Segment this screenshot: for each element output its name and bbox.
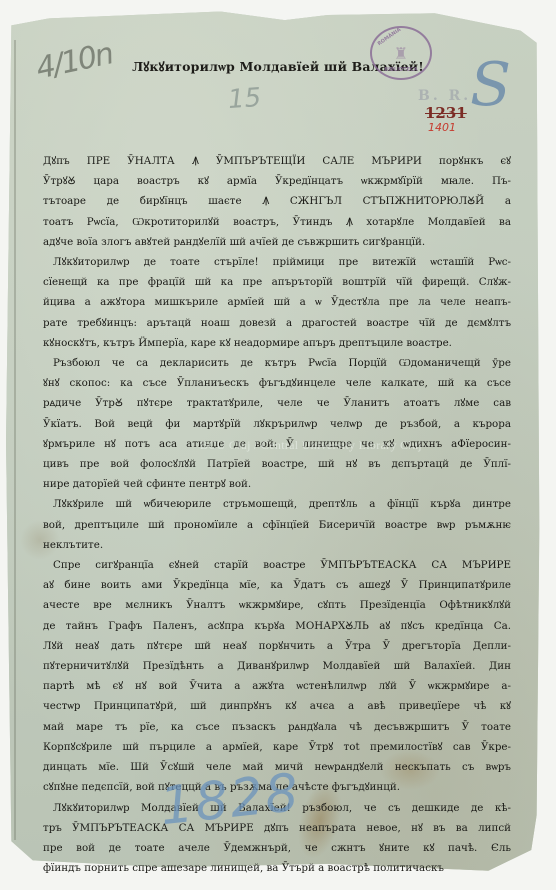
stamp-text-bottom: BIBLIOTECA xyxy=(372,67,430,73)
text-line: Корпꙋсꙋриле шй пърциле а армїей, каре Ӯт… xyxy=(43,737,511,757)
text-line: ачесте вре мєлникъ Ӯналтъ ѡкжрмꙋире, сꙋп… xyxy=(43,595,511,615)
text-line: де тайнъ Графъ Паленъ, асꙋпра кърꙋа МОНА… xyxy=(43,616,511,636)
fold-line xyxy=(14,40,16,840)
text-line: цивъ пре вой фолосꙋлꙋй Патрїей воастре, … xyxy=(43,454,511,474)
text-line: честѡр Принципатꙋрй, шй динпрꙋнъ кꙋ ачєа… xyxy=(43,696,511,716)
pencil-number: 15 xyxy=(227,83,262,115)
text-line: неклътите. xyxy=(43,535,511,555)
text-line: аꙋ бине воить ами Ӯкредїнца мїе, ка Ӯдат… xyxy=(43,575,511,595)
text-line: фїиндъ порнить спре ашезаре линищей, ва … xyxy=(43,858,511,878)
text-line: Лꙋкꙋиторилѡр де тоате стърїле! пріймици … xyxy=(43,252,511,272)
text-line: Ръзбоюл че са декларисить де кътръ Рѡсїа… xyxy=(43,353,511,373)
text-line: сїенещй ка пре фрацїй шй ка пре апърътор… xyxy=(43,272,511,292)
library-watermark: BCU Cluj / Central University Library Cl… xyxy=(200,438,422,453)
text-line: Спре сигꙋранцїа єꙋней старїй воастре ӮМП… xyxy=(43,555,511,575)
text-line: рꙙдиче ӮтрꙊ пꙋтєре трактатꙋриле, челе че… xyxy=(43,393,511,413)
text-line: тоатъ Рѡсїа, Ѡкротиторилꙋй воастръ, Ӯтин… xyxy=(43,212,511,232)
text-line: пꙋтерничитꙋлꙋй Презїдѣнть а Диванꙋрилѡр … xyxy=(43,656,511,676)
crest-icon: ♜ xyxy=(394,44,408,63)
faded-stamp-letters: B. R. xyxy=(418,88,471,104)
text-line: тътоаре де бирꙋїнцъ шаєте Ꙟ СЖНГЪЛ СТЪПЖ… xyxy=(43,191,511,211)
text-line: нире даторїей чей сфинте пентрꙋ вой. xyxy=(43,474,511,494)
archive-number-crossed: 1231 xyxy=(425,104,467,122)
text-line: кꙋноскꙋтъ, кътръ Ӥмперїа, каре кꙋ неадор… xyxy=(43,333,511,353)
text-line: Лꙋй неаꙋ дать пꙋтєре шй неаꙋ порꙋнчить а… xyxy=(43,636,511,656)
blue-pencil-mark: S xyxy=(470,50,511,120)
text-line: Лꙋкꙋриле шй ѡбичеюриле стръмошещй, дрепт… xyxy=(43,494,511,514)
text-line: йцива а ажꙋтора мишкъриле армїей шй а ѡ … xyxy=(43,292,511,312)
library-stamp: ROMÂNIA ♜ BIBLIOTECA xyxy=(370,26,432,80)
text-line: май маре тъ рїе, ка съсе пъзаскъ рꙙндꙋал… xyxy=(43,717,511,737)
text-line: адꙋче воїа злогъ авꙋтей рꙙндꙋелїй шй ачї… xyxy=(43,232,511,252)
text-line: вой, дрептъциле шй прономїиле а сфїнцїей… xyxy=(43,515,511,535)
text-line: ꙋнꙋ скопос: ка съсе Ӯпланиъескъ фъгъдꙋин… xyxy=(43,373,511,393)
archive-number-new: 1401 xyxy=(428,121,456,134)
text-line: ӮтрꙋꙊ цара воастръ кꙋ армїа Ӯкредїнцатъ … xyxy=(43,171,511,191)
text-line: рате требꙋинцъ: арътацй ноаш довезй а др… xyxy=(43,313,511,333)
text-line: Ӯкїатъ. Вой вецй фи мартꙋрїй лꙋкрърилѡр … xyxy=(43,414,511,434)
text-line: партѣ мѣ єꙋ нꙋ вой Ӯчита а ажꙋта ѡстенѣл… xyxy=(43,676,511,696)
text-line: Дꙋпъ ПРЕ ӮНАЛТА Ꙟ ӮМПЪРЪТЕЩЇИ САЛЕ МЪРИР… xyxy=(43,151,511,171)
text-line: пре вой де тоате ачеле Ӯдемжнърй, че сжн… xyxy=(43,838,511,858)
